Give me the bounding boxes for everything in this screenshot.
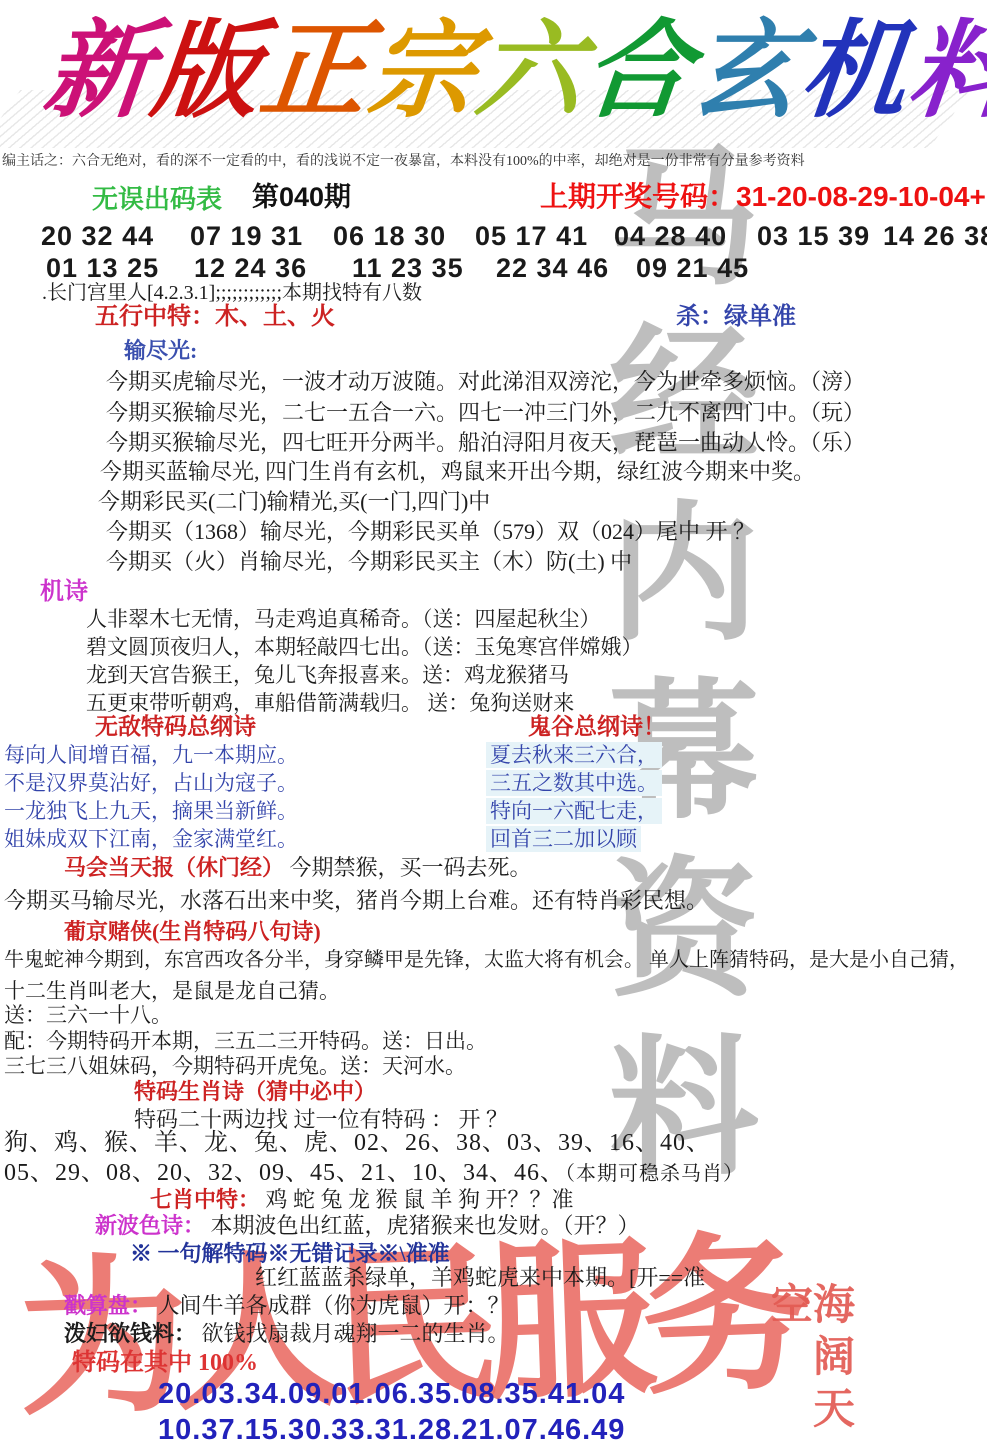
last-draw-numbers: 上期开奖号码：31-20-08-29-10-04+11 [540, 179, 987, 214]
pofu-text: 欲钱找扇裁月魂翔一二的生肖。 [202, 1321, 510, 1346]
qixiao-line: 七肖中特： 鸡 蛇 兔 龙 猴 鼠 羊 狗 开？？准 [150, 1186, 574, 1214]
code-group: 06 18 30 [333, 220, 446, 254]
shujinguang-line: 今期买蓝输尽光, 四门生肖有玄机，鸡鼠来开出今期，绿红波今期来中奖。 [100, 458, 815, 486]
wuxing-zhongte: 五行中特：木、土、火 [95, 302, 335, 332]
table-label: 无误出码表 [92, 183, 222, 216]
right-poem-line: 特向一六配七走， [486, 798, 662, 824]
kill-label: 杀：绿单准 [676, 302, 796, 332]
shujinguang-heading: 输尽光: [124, 337, 197, 365]
pofu-label: 泼妇欲钱料： [64, 1321, 196, 1346]
pujing-line: 十二生肖叫老大，是鼠是龙自己猜。 [4, 978, 340, 1004]
texing-numbers-2b: （本期可稳杀马肖） [565, 1163, 744, 1185]
left-poem-line: 姐妹成双下江南，金家满堂红。 [4, 826, 298, 852]
shujinguang-line: 今期买猴输尽光，二七一五合一六。四七一冲三门外，二九不离四门中。（玩） [106, 399, 865, 427]
code-group: 03 15 39 [757, 220, 870, 254]
pujing-line: 送：三六一十八。 [4, 1002, 172, 1028]
jishi-heading: 机诗 [40, 577, 88, 607]
qixiao-label: 七肖中特： [150, 1187, 260, 1212]
tema-100-label: 特码在其中 100% [72, 1348, 258, 1378]
code-group: 22 34 46 [496, 252, 609, 286]
pujing-line: 牛鬼蛇神今期到，东宫西攻各分半，身穿鳞甲是先锋，太监大将有机会。 单人上阵猜特码… [4, 948, 969, 973]
suanpan-text: 人间牛羊各成群（你为虎鼠）开：？ [158, 1293, 510, 1318]
jishi-line: 碧文圆顶夜归人，本期轻敲四七出。（送：玉兔寒宫伴嫦娥） [86, 634, 643, 660]
code-group: 20 32 44 [41, 220, 154, 254]
bose-line: 新波色诗： 本期波色出红蓝，虎猪猴来也发财。（开？） [95, 1212, 640, 1240]
texing-numbers-2a: 05、29、08、20、32、09、45、21、10、34、46、 [4, 1160, 565, 1186]
code-group: 09 21 45 [636, 252, 749, 286]
honghong-line: 红红蓝蓝杀绿单，羊鸡蛇虎来中本期。[开==准 [255, 1264, 705, 1292]
right-poem-line: 夏去秋来三六合， [486, 742, 662, 768]
mahui-text: 今期禁猴，买一码去死。 [290, 855, 532, 880]
editor-note: 编主话之：六合无绝对，看的深不一定看的中，看的浅说不定一夜暴富，本料没有100%… [2, 153, 805, 171]
left-poem-line: 一龙独飞上九天，摘果当新鲜。 [4, 798, 298, 824]
shujinguang-line: 今期买（1368）输尽光，今期彩民买单（579）双（024）尾中 开 ？ [106, 518, 755, 546]
pujing-line: 配：今期特码开本期，三五二三开特码。送：日出。 [4, 1028, 487, 1054]
code-group: 04 28 40 [614, 220, 727, 254]
jishi-line: 人非翠木七无情，马走鸡追真稀奇。（送：四屋起秋尘） [86, 606, 601, 632]
bose-text: 本期波色出红蓝，虎猪猴来也发财。（开？） [211, 1213, 640, 1238]
issue-number: 第040期 [252, 181, 351, 215]
jishi-line: 龙到天宫告猴王，兔儿飞奔报喜来。送：鸡龙猴猪马 [86, 662, 569, 688]
mahui-label: 马会当天报（休门经） [64, 855, 284, 880]
majia-line: 今期买马输尽光，水落石出来中奖，猪肖今期上台难。还有特肖彩民想。 [4, 887, 708, 915]
tema-number-row-2: 10.37.15.30.33.31.28.21.07.46.49 [158, 1412, 625, 1448]
pofu-line: 泼妇欲钱料： 欲钱找扇裁月魂翔一二的生肖。 [64, 1320, 510, 1348]
qixiao-text: 鸡 蛇 兔 龙 猴 鼠 羊 狗 开？？准 [266, 1187, 574, 1212]
suanpan-line: 戳算盘： 人间牛羊各成群（你为虎鼠）开：？ [64, 1292, 510, 1320]
code-group: 07 19 31 [190, 220, 303, 254]
right-poem-line: 三五之数其中选。 [486, 770, 662, 796]
right-red-vertical-watermark: 海阔天空 [768, 1282, 852, 1448]
texing-numbers-2: 05、29、08、20、32、09、45、21、10、34、46、（本期可稳杀马… [4, 1158, 744, 1188]
texing-label: 特码生肖诗（猜中必中） [134, 1078, 376, 1106]
bose-label: 新波色诗： [95, 1213, 205, 1238]
tema-number-row-1: 20.03.34.09.01.06.35.08.35.41.04 [158, 1376, 625, 1412]
center-gray-watermark: 马经内幕资料 [596, 138, 746, 1206]
page-title: 新版正宗六合玄机料 [38, 0, 987, 138]
shujinguang-line: 今期买猴输尽光，四七旺开分两半。船泊浔阳月夜天，琵琶一曲动人怜。（乐） [106, 429, 865, 457]
left-poem-line: 不是汉界莫沾好，占山为寇子。 [4, 770, 298, 796]
left-poem-title: 无敌特码总纲诗 [95, 713, 256, 742]
suanpan-label: 戳算盘： [64, 1293, 152, 1318]
right-poem-title: 鬼谷总纲诗！ [528, 713, 666, 742]
right-poem-line: 回首三二加以顾 [486, 826, 641, 852]
mahui-line: 马会当天报（休门经） 今期禁猴，买一码去死。 [64, 854, 532, 882]
left-poem-line: 每向人间增百福，九一本期应。 [4, 742, 298, 768]
shujinguang-line: 今期彩民买(二门)输精光,买(一门,四门)中 [98, 488, 490, 516]
code-group: 14 26 38 [883, 220, 987, 254]
page: 马经内幕资料 为人民服务 海阔天空 新版正宗六合玄机料 编主话之：六合无绝对，看… [0, 0, 987, 1448]
shujinguang-line: 今期买（火）肖输尽光，今期彩民买主（木）防(土) 中 [106, 548, 632, 576]
pujing-line: 三七三八姐妹码，今期特码开虎兔。送：天河水。 [4, 1053, 466, 1079]
code-group: 05 17 41 [475, 220, 588, 254]
pujing-label: 葡京赌侠(生肖特码八句诗) [64, 918, 321, 946]
shujinguang-line: 今期买虎输尽光，一波才动万波随。对此涕泪双滂沱，今为世牵多烦恼。（滂） [106, 368, 865, 396]
texing-numbers-1: 狗、鸡、猴、羊、龙、兔、虎、02、26、38、03、39、16、40、 [4, 1128, 711, 1158]
